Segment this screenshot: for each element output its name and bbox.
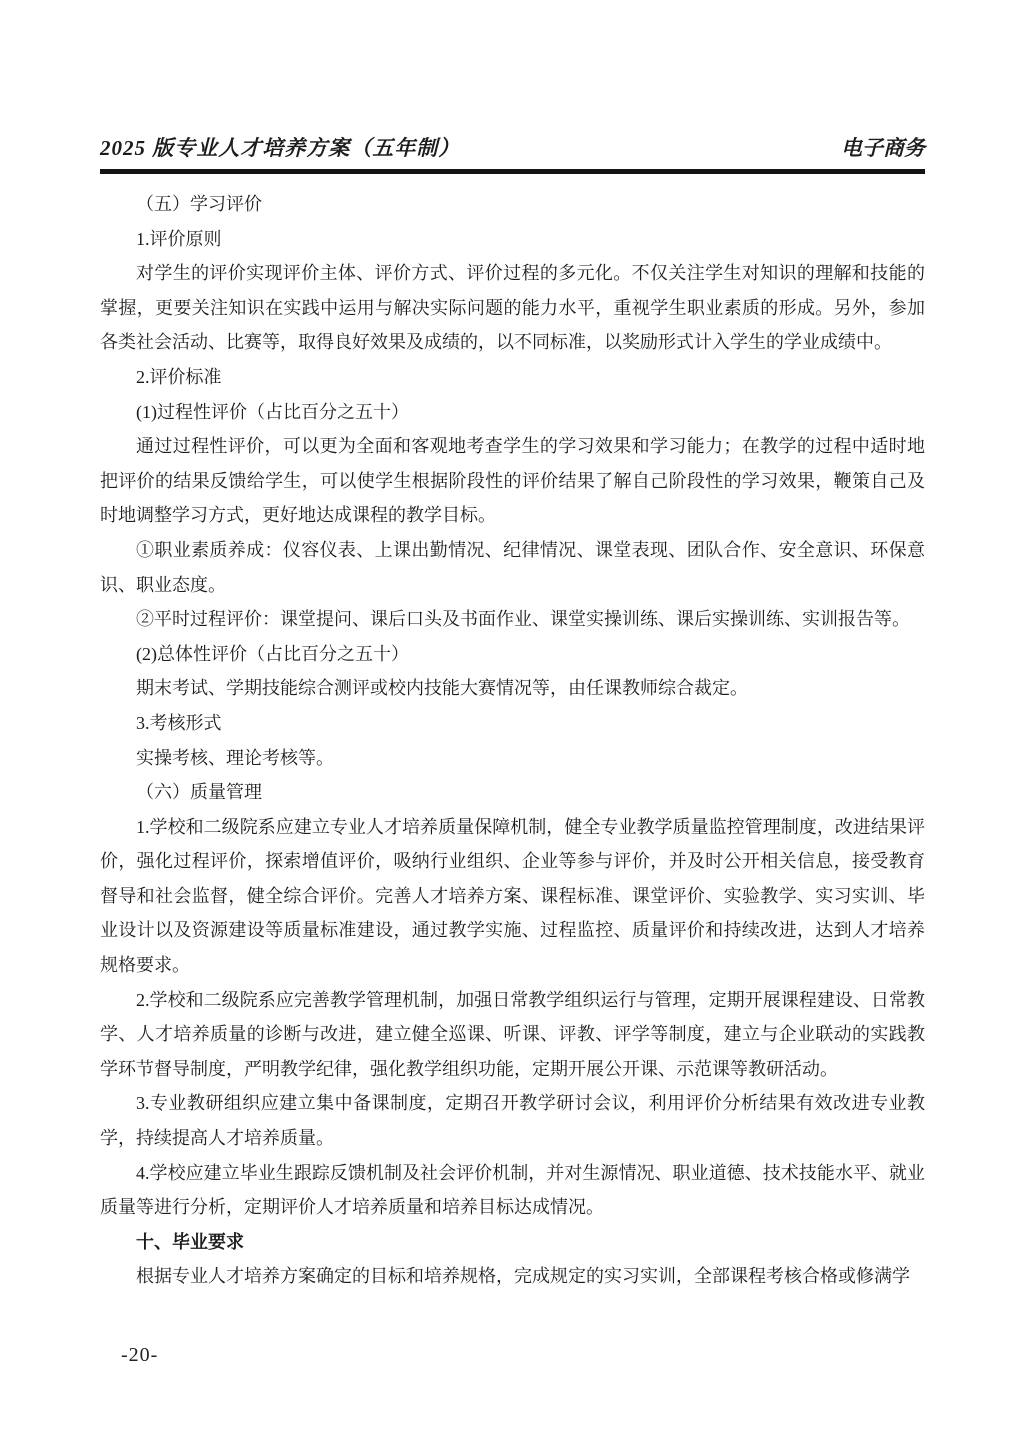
paragraph: 1.学校和二级院系应建立专业人才培养质量保障机制，健全专业教学质量监控管理制度，… [100,810,925,983]
page-header: 2025 版专业人才培养方案（五年制） 电子商务 [100,0,925,162]
paragraph: (2)总体性评价（占比百分之五十） [100,637,925,672]
paragraph: 期末考试、学期技能综合测评或校内技能大赛情况等，由任课教师综合裁定。 [100,671,925,706]
paragraph: 2.学校和二级院系应完善教学管理机制，加强日常教学组织运行与管理，定期开展课程建… [100,983,925,1087]
header-left-title: 2025 版专业人才培养方案（五年制） [100,132,460,162]
document-page: 2025 版专业人才培养方案（五年制） 电子商务 （五）学习评价1.评价原则对学… [0,0,1024,1448]
paragraph: ②平时过程评价：课堂提问、课后口头及书面作业、课堂实操训练、课后实操训练、实训报… [100,602,925,637]
paragraph: 2.评价标准 [100,360,925,395]
paragraph: 十、毕业要求 [100,1225,925,1260]
paragraph: 3.专业教研组织应建立集中备课制度，定期召开教学研讨会议，利用评价分析结果有效改… [100,1086,925,1155]
paragraph: （六）质量管理 [100,775,925,810]
page-number: -20- [121,1344,158,1367]
header-right-title: 电子商务 [841,132,925,162]
paragraph: 对学生的评价实现评价主体、评价方式、评价过程的多元化。不仅关注学生对知识的理解和… [100,256,925,360]
paragraph: (1)过程性评价（占比百分之五十） [100,395,925,430]
header-divider-rule [100,169,925,174]
paragraph: ①职业素质养成：仪容仪表、上课出勤情况、纪律情况、课堂表现、团队合作、安全意识、… [100,533,925,602]
paragraph: 3.考核形式 [100,706,925,741]
paragraph: 4.学校应建立毕业生跟踪反馈机制及社会评价机制，并对生源情况、职业道德、技术技能… [100,1156,925,1225]
paragraph: （五）学习评价 [100,187,925,222]
paragraph: 实操考核、理论考核等。 [100,741,925,776]
paragraph: 1.评价原则 [100,222,925,257]
paragraph: 根据专业人才培养方案确定的目标和培养规格，完成规定的实习实训，全部课程考核合格或… [100,1259,925,1294]
paragraph: 通过过程性评价，可以更为全面和客观地考查学生的学习效果和学习能力；在教学的过程中… [100,429,925,533]
document-body: （五）学习评价1.评价原则对学生的评价实现评价主体、评价方式、评价过程的多元化。… [100,187,925,1294]
